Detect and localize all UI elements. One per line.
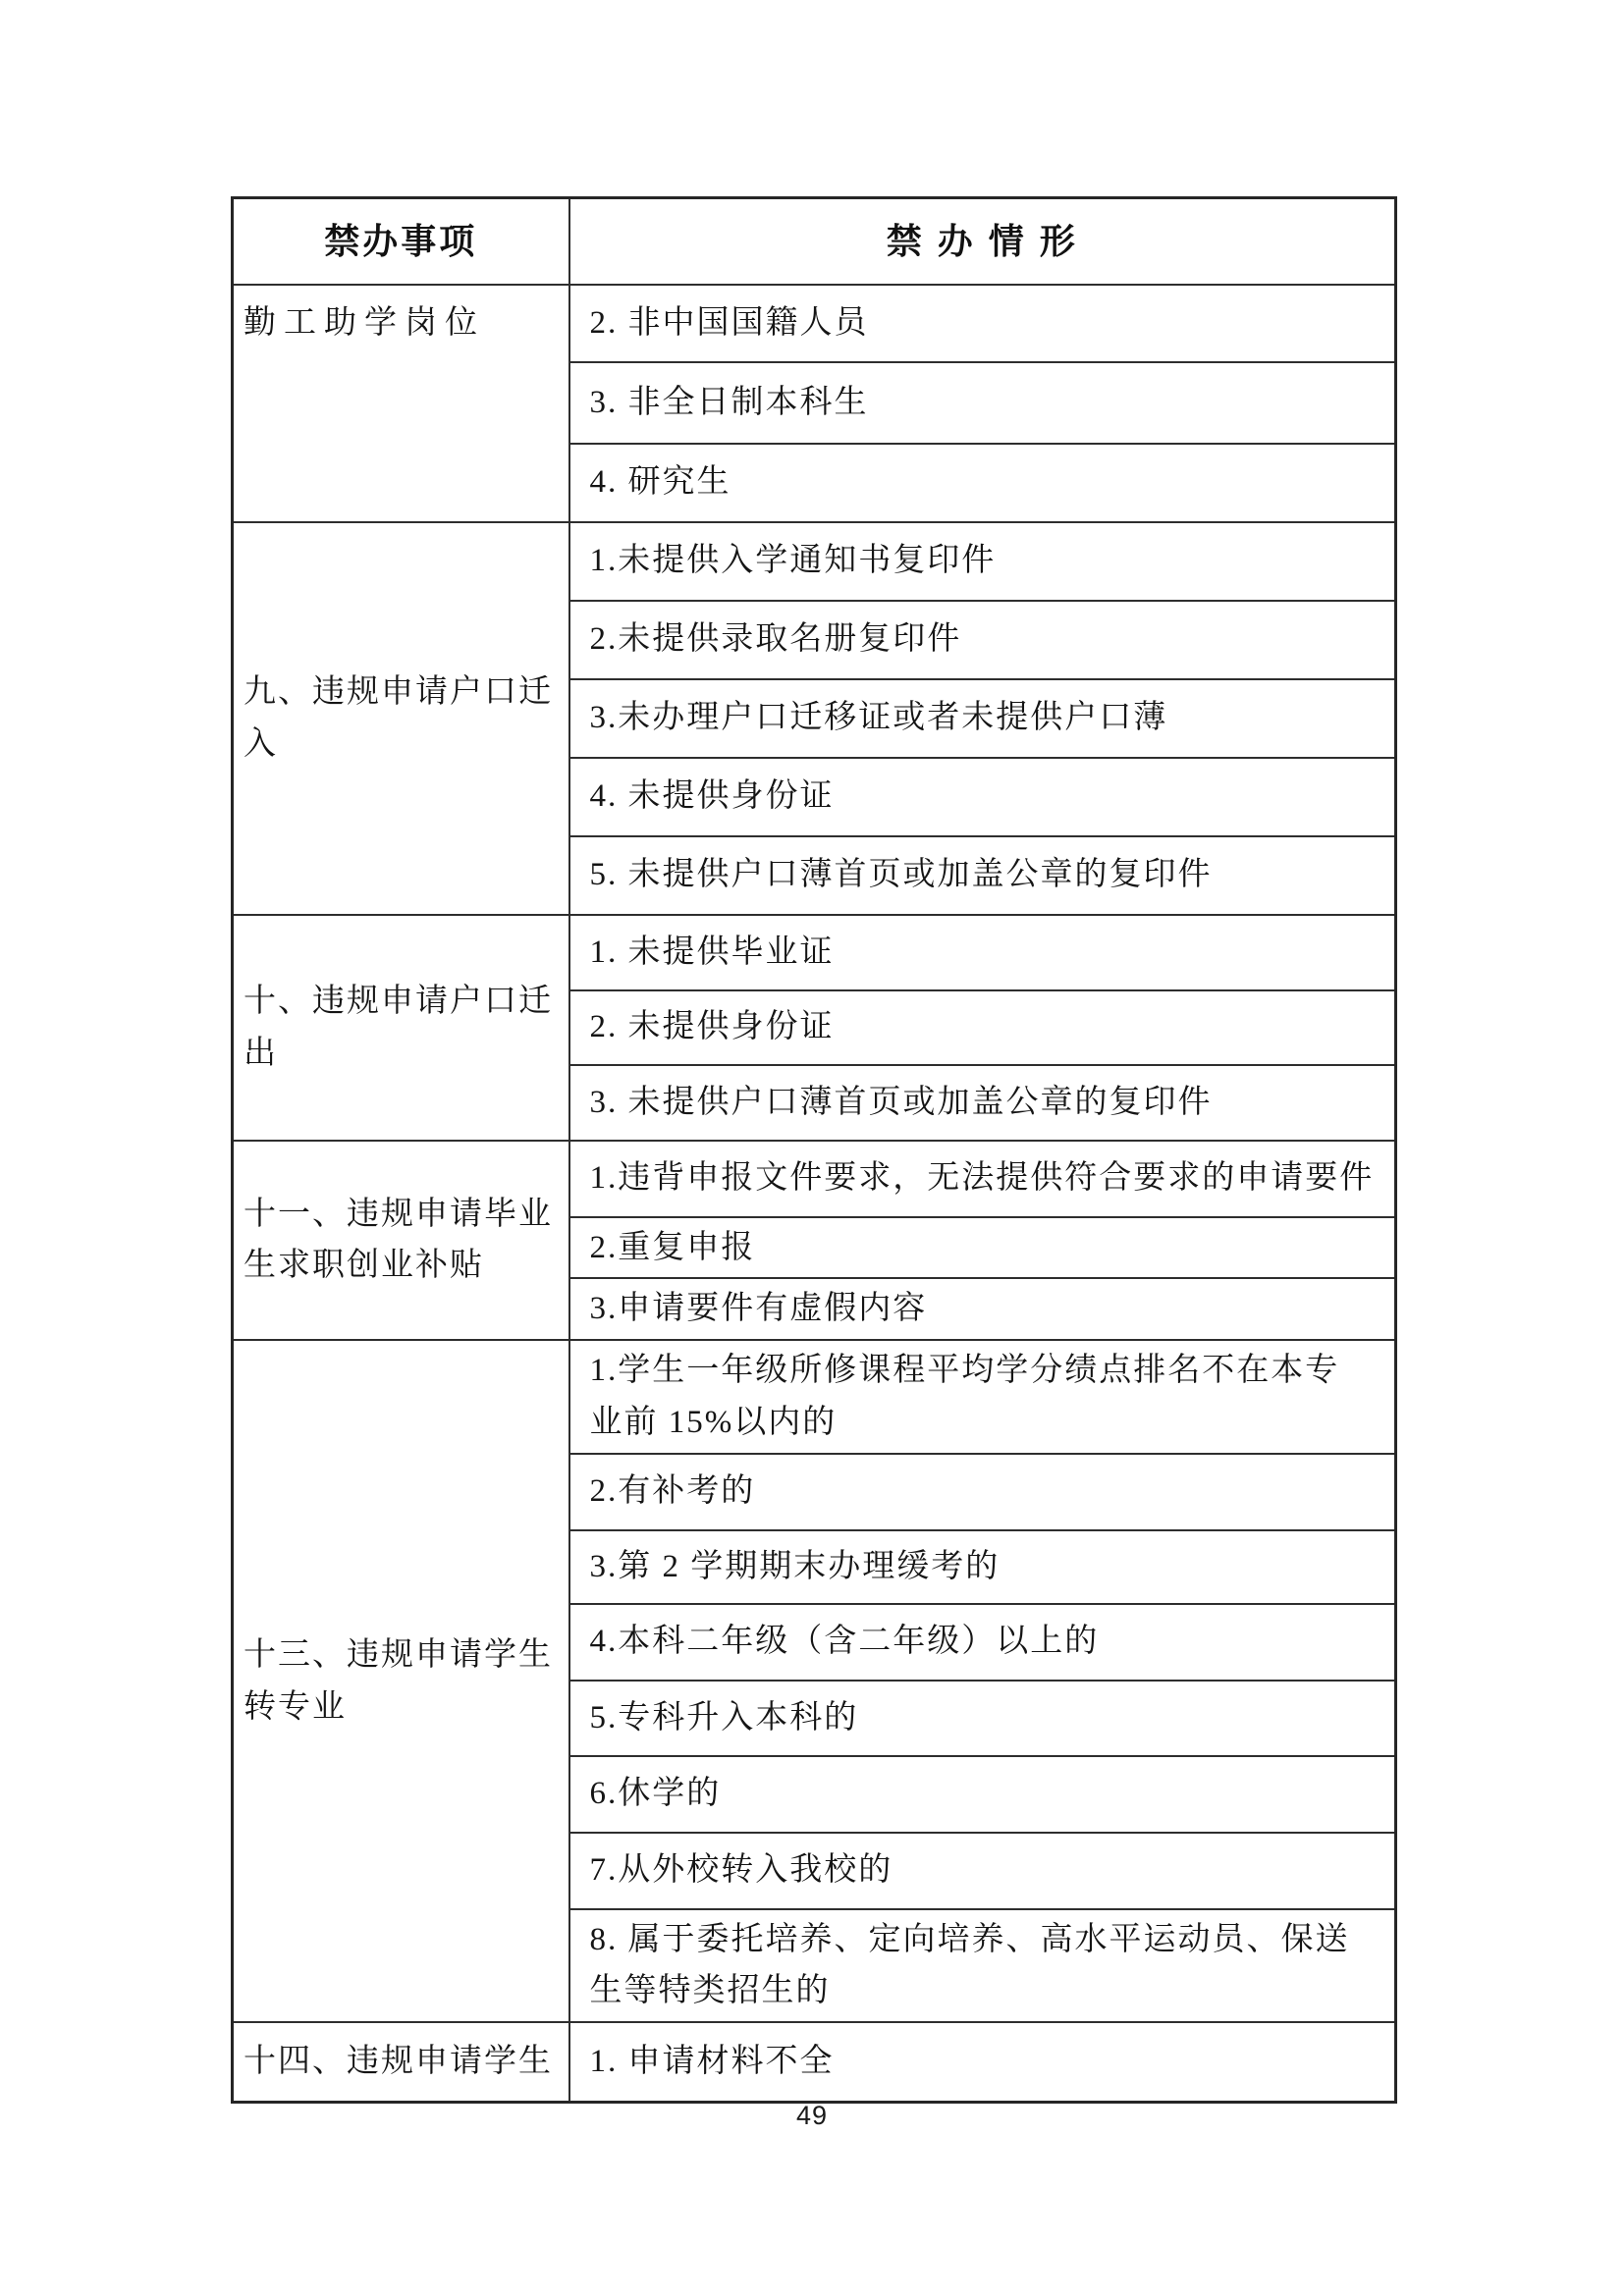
situation-cell: 3. 未提供户口薄首页或加盖公章的复印件: [569, 1065, 1396, 1141]
situation-cell: 2. 未提供身份证: [569, 990, 1396, 1065]
table-row: 九、违规申请户口迁 入 1.未提供入学通知书复印件: [233, 522, 1396, 601]
situation-cell: 1. 申请材料不全: [569, 2022, 1396, 2102]
situation-cell: 4. 研究生: [569, 444, 1396, 522]
table-row: 勤工助学岗位 2. 非中国国籍人员: [233, 285, 1396, 362]
table-header-row: 禁办事项 禁 办 情 形: [233, 198, 1396, 285]
item-cell: 十四、违规申请学生: [233, 2022, 569, 2102]
situation-cell: 3.申请要件有虚假内容: [569, 1278, 1396, 1340]
situation-cell: 1. 未提供毕业证: [569, 915, 1396, 990]
table-row: 十三、违规申请学生 转专业 1.学生一年级所修课程平均学分绩点排名不在本专 业前…: [233, 1340, 1396, 1454]
situation-cell: 1.未提供入学通知书复印件: [569, 522, 1396, 601]
situation-cell: 8. 属于委托培养、定向培养、高水平运动员、保送 生等特类招生的: [569, 1909, 1396, 2023]
situation-cell: 5. 未提供户口薄首页或加盖公章的复印件: [569, 836, 1396, 915]
item-cell: 十、违规申请户口迁 出: [233, 915, 569, 1141]
situation-cell: 3. 非全日制本科生: [569, 362, 1396, 444]
situation-cell: 2.未提供录取名册复印件: [569, 601, 1396, 679]
prohibition-table: 禁办事项 禁 办 情 形 勤工助学岗位 2. 非中国国籍人员 3. 非全日制本科…: [231, 196, 1397, 2104]
document-page: 禁办事项 禁 办 情 形 勤工助学岗位 2. 非中国国籍人员 3. 非全日制本科…: [0, 0, 1624, 2296]
situation-cell: 1.违背申报文件要求，无法提供符合要求的申请要件: [569, 1141, 1396, 1217]
item-cell: 九、违规申请户口迁 入: [233, 522, 569, 915]
situation-cell: 2.有补考的: [569, 1454, 1396, 1530]
situation-cell: 2.重复申报: [569, 1217, 1396, 1279]
situation-cell: 3.第 2 学期期末办理缓考的: [569, 1530, 1396, 1604]
header-item: 禁办事项: [233, 198, 569, 285]
situation-cell: 1.学生一年级所修课程平均学分绩点排名不在本专 业前 15%以内的: [569, 1340, 1396, 1454]
table-row: 十、违规申请户口迁 出 1. 未提供毕业证: [233, 915, 1396, 990]
situation-cell: 4.本科二年级（含二年级）以上的: [569, 1604, 1396, 1681]
item-cell: 十一、违规申请毕业 生求职创业补贴: [233, 1141, 569, 1341]
header-situation: 禁 办 情 形: [569, 198, 1396, 285]
situation-cell: 7.从外校转入我校的: [569, 1833, 1396, 1909]
situation-cell: 6.休学的: [569, 1756, 1396, 1833]
page-number: 49: [0, 2101, 1624, 2131]
item-cell: 勤工助学岗位: [233, 285, 569, 522]
item-cell: 十三、违规申请学生 转专业: [233, 1340, 569, 2022]
situation-cell: 5.专科升入本科的: [569, 1681, 1396, 1756]
table-row: 十一、违规申请毕业 生求职创业补贴 1.违背申报文件要求，无法提供符合要求的申请…: [233, 1141, 1396, 1217]
table-row: 十四、违规申请学生 1. 申请材料不全: [233, 2022, 1396, 2102]
situation-cell: 4. 未提供身份证: [569, 758, 1396, 836]
situation-cell: 2. 非中国国籍人员: [569, 285, 1396, 362]
situation-cell: 3.未办理户口迁移证或者未提供户口薄: [569, 679, 1396, 758]
